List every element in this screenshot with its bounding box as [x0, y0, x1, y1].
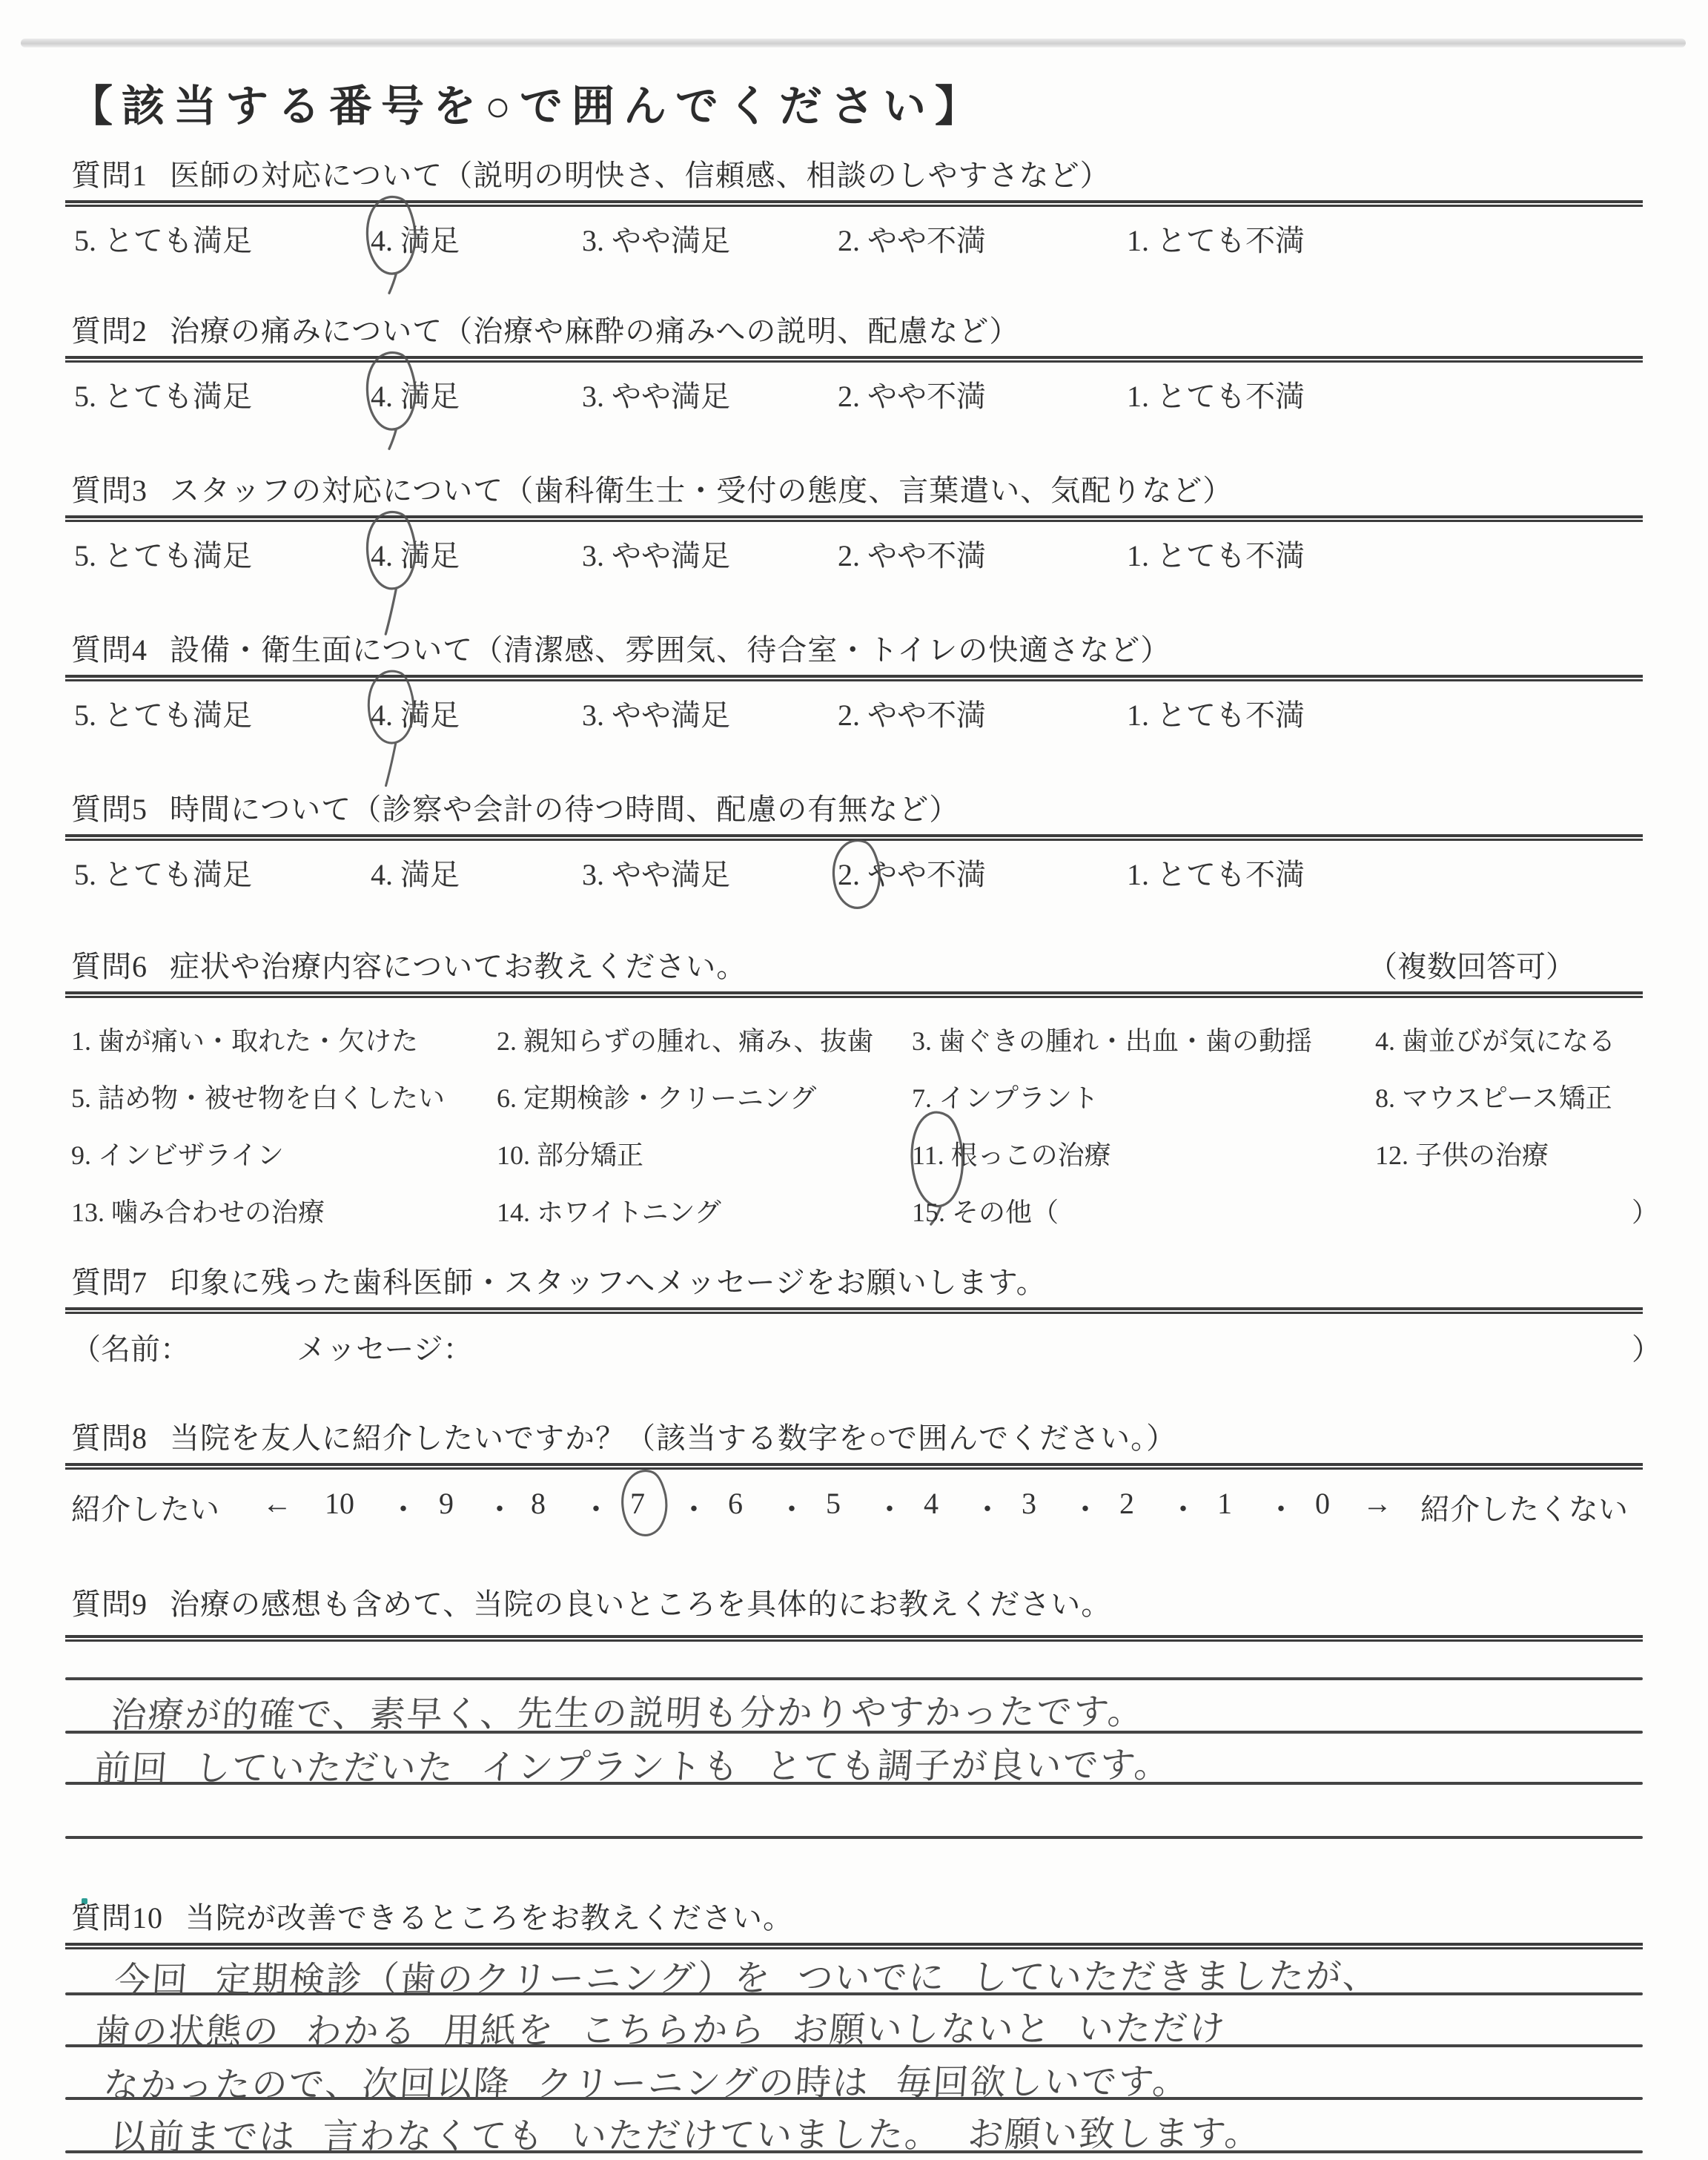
symptom-item-1: 1. 歯が痛い・取れた・欠けた — [71, 1020, 418, 1058]
option-3: 3. やや満足 — [582, 851, 730, 894]
scale-number-9: 9 — [439, 1486, 454, 1521]
handwritten-answer-line: 以前までは 言わなくても いただけていました。 お願い致します。 — [110, 2104, 1264, 2159]
question-2: 質問2治療の痛みについて（治療や麻酔の痛みへの説明、配慮など） 5. とても満足… — [0, 308, 1708, 415]
scale-number-6: 6 — [728, 1486, 743, 1521]
symptom-item-10: 10. 部分矯正 — [497, 1135, 643, 1172]
scale-number-3: 3 — [1022, 1486, 1036, 1521]
symptom-row-1: 1. 歯が痛い・取れた・欠けた 2. 親知らずの腫れ、痛み、抜歯 3. 歯ぐきの… — [71, 1020, 1708, 1053]
option-5: 5. とても満足 — [74, 532, 252, 575]
question-2-text: 治療の痛みについて（治療や麻酔の痛みへの説明、配慮など） — [170, 314, 1019, 348]
symptom-item-14: 14. ホワイトニング — [497, 1192, 721, 1229]
question-7: 質問7印象に残った歯科医師・スタッフへメッセージをお願いします。 （名前： メッ… — [0, 1259, 1708, 1364]
symptom-item-2: 2. 親知らずの腫れ、痛み、抜歯 — [497, 1020, 873, 1058]
symptom-item-4: 4. 歯並びが気になる — [1375, 1020, 1615, 1058]
question-10-number: 質問10 — [71, 1901, 163, 1935]
multiple-answers-note: （複数回答可） — [1368, 943, 1575, 985]
heading-rule — [65, 200, 1643, 207]
question-9-heading: 質問9治療の感想も含めて、当院の良いところを具体的にお教えください。 — [71, 1581, 1708, 1623]
circle-mark-q8 — [614, 1467, 670, 1542]
option-1: 1. とても不満 — [1127, 373, 1305, 415]
question-4-number: 質問4 — [71, 633, 148, 667]
question-5-options: 5. とても満足 4. 満足 3. やや満足 2. やや不満 1. とても不満 — [74, 851, 1708, 893]
circle-mark-q4 — [357, 667, 421, 789]
dot-separator: ・ — [1266, 1486, 1296, 1528]
question-1-number: 質問1 — [71, 159, 148, 192]
symptom-item-15-other: 15. その他（ — [912, 1192, 1059, 1229]
heading-rule — [65, 515, 1643, 522]
symptom-item-5: 5. 詰め物・被せ物を白くしたい — [71, 1077, 445, 1115]
question-8-text: 当院を友人に紹介したいですか？（該当する数字を○で囲んでください。） — [170, 1421, 1176, 1455]
question-3-number: 質問3 — [71, 474, 148, 507]
symptom-item-6: 6. 定期検診・クリーニング — [497, 1077, 816, 1115]
handwritten-answer-line: 今回 定期検診（歯のクリーニング）を ついでに していただきましたが、 — [113, 1947, 1382, 2003]
question-6-number: 質問6 — [71, 950, 148, 983]
symptom-row-4: 13. 噛み合わせの治療 14. ホワイトニング 15. その他（ ） — [71, 1192, 1708, 1224]
symptom-row-2: 5. 詰め物・被せ物を白くしたい 6. 定期検診・クリーニング 7. インプラン… — [71, 1077, 1708, 1110]
scale-number-2: 2 — [1119, 1486, 1134, 1521]
option-4: 4. 満足 — [371, 851, 460, 894]
option-5: 5. とても満足 — [74, 851, 252, 894]
heading-rule — [65, 356, 1643, 363]
scale-number-0: 0 — [1315, 1486, 1330, 1521]
message-field-label: メッセージ： — [297, 1326, 473, 1368]
heading-rule — [65, 1463, 1643, 1470]
question-8-number: 質問8 — [71, 1421, 148, 1455]
question-10-text: 当院が改善できるところをお教えください。 — [185, 1901, 793, 1935]
question-3-heading: 質問3スタッフの対応について（歯科衛生士・受付の態度、言葉遣い、気配りなど） — [71, 467, 1708, 509]
question-2-options: 5. とても満足 4. 満足 3. やや満足 2. やや不満 1. とても不満 — [74, 373, 1708, 415]
option-5: 5. とても満足 — [74, 692, 252, 734]
option-5: 5. とても満足 — [74, 373, 252, 415]
option-2: 2. やや不満 — [838, 373, 986, 415]
heading-rule — [65, 675, 1643, 681]
question-5-heading: 質問5時間について（診察や会計の待つ時間、配慮の有無など） — [71, 786, 1708, 828]
question-7-heading: 質問7印象に残った歯科医師・スタッフへメッセージをお願いします。 — [71, 1259, 1708, 1301]
question-4-options: 5. とても満足 4. 満足 3. やや満足 2. やや不満 1. とても不満 — [74, 692, 1708, 733]
option-2: 2. やや不満 — [838, 532, 986, 575]
symptom-row-3: 9. インビザライン 10. 部分矯正 11. 根っこの治療 12. 子供の治療 — [71, 1135, 1708, 1167]
option-1: 1. とても不満 — [1127, 217, 1305, 260]
circle-mark-q5 — [824, 836, 884, 915]
dot-separator: ・ — [388, 1486, 418, 1528]
question-4-heading: 質問4設備・衛生面について（清潔感、雰囲気、待合室・トイレの快適さなど） — [71, 627, 1708, 669]
arrow-right-icon: → — [1363, 1486, 1392, 1521]
handwritten-answer-line: 歯の状態の わかる 用紙を こちらから お願いしないと いただけ — [93, 1999, 1228, 2054]
question-6-text: 症状や治療内容についてお教えください。 — [170, 950, 747, 983]
heading-rule — [65, 1307, 1643, 1314]
arrow-left-icon: ← — [262, 1486, 292, 1521]
question-1: 質問1医師の対応について（説明の明快さ、信頼感、相談のしやすさなど） 5. とて… — [0, 152, 1708, 259]
question-1-heading: 質問1医師の対応について（説明の明快さ、信頼感、相談のしやすさなど） — [71, 152, 1708, 194]
question-8-heading: 質問8当院を友人に紹介したいですか？（該当する数字を○で囲んでください。） — [71, 1415, 1708, 1457]
dot-separator: ・ — [875, 1486, 904, 1528]
scale-number-4: 4 — [924, 1486, 939, 1521]
question-3: 質問3スタッフの対応について（歯科衛生士・受付の態度、言葉遣い、気配りなど） 5… — [0, 467, 1708, 574]
scale-number-8: 8 — [531, 1486, 546, 1521]
dot-separator: ・ — [973, 1486, 1002, 1528]
option-3: 3. やや満足 — [582, 373, 730, 415]
question-9-number: 質問9 — [71, 1588, 148, 1621]
circle-mark-q3 — [357, 507, 421, 638]
name-field-label: （名前： — [71, 1326, 190, 1368]
question-1-options: 5. とても満足 4. 満足 3. やや満足 2. やや不満 1. とても不満 — [74, 217, 1708, 259]
scale-left-label: 紹介したい — [71, 1486, 219, 1528]
question-10: 質問10当院が改善できるところをお教えください。 今回 定期検診（歯のクリーニン… — [0, 1895, 1708, 2160]
option-2: 2. やや不満 — [838, 217, 986, 260]
scan-artifact-line — [21, 39, 1686, 47]
message-entry-row: （名前： メッセージ： ） — [71, 1326, 1708, 1364]
handwritten-answer-line: 前回 していただいた インプラントも とても調子が良いです。 — [93, 1736, 1174, 1791]
dot-separator: ・ — [679, 1486, 709, 1528]
option-2: 2. やや不満 — [838, 692, 986, 734]
heading-rule — [65, 1635, 1643, 1642]
question-5-text: 時間について（診察や会計の待つ時間、配慮の有無など） — [170, 793, 959, 826]
question-6: 質問6症状や治療内容についてお教えください。 （複数回答可） 1. 歯が痛い・取… — [0, 943, 1708, 1224]
heading-rule — [65, 991, 1643, 998]
scale-number-5: 5 — [826, 1486, 841, 1521]
option-3: 3. やや満足 — [582, 692, 730, 734]
question-5: 質問5時間について（診察や会計の待つ時間、配慮の有無など） 5. とても満足 4… — [0, 786, 1708, 893]
nps-scale-row: 紹介したい ← 10 ・ 9 ・ 8 ・ 7 ・ 6 ・ 5 ・ 4 ・ 3 ・… — [71, 1486, 1708, 1529]
symptom-item-12: 12. 子供の治療 — [1375, 1135, 1549, 1172]
question-1-text: 医師の対応について（説明の明快さ、信頼感、相談のしやすさなど） — [170, 159, 1110, 192]
handwritten-answer-line: なかったので、次回以降 クリーニングの時は 毎回欲しいです。 — [102, 2052, 1192, 2107]
question-9-text: 治療の感想も含めて、当院の良いところを具体的にお教えください。 — [170, 1588, 1111, 1621]
answer-rule — [65, 1836, 1643, 1839]
other-close-paren: ） — [1632, 1192, 1658, 1229]
symptom-item-8: 8. マウスピース矯正 — [1375, 1077, 1612, 1115]
question-2-number: 質問2 — [71, 314, 148, 348]
question-4: 質問4設備・衛生面について（清潔感、雰囲気、待合室・トイレの快適さなど） 5. … — [0, 627, 1708, 733]
symptom-item-9: 9. インビザライン — [71, 1135, 284, 1172]
scale-right-label: 紹介したくない — [1420, 1486, 1628, 1528]
dental-survey-scan: 【該当する番号を○で囲んでください】 質問1医師の対応について（説明の明快さ、信… — [0, 0, 1708, 2160]
question-10-heading: 質問10当院が改善できるところをお教えください。 — [71, 1895, 1708, 1937]
question-7-number: 質問7 — [71, 1266, 148, 1299]
answer-rule — [65, 1677, 1643, 1680]
circle-mark-q1 — [357, 192, 421, 298]
dot-separator: ・ — [1070, 1486, 1100, 1528]
question-4-text: 設備・衛生面について（清潔感、雰囲気、待合室・トイレの快適さなど） — [170, 633, 1171, 667]
question-2-heading: 質問2治療の痛みについて（治療や麻酔の痛みへの説明、配慮など） — [71, 308, 1708, 350]
option-1: 1. とても不満 — [1127, 851, 1305, 894]
dot-separator: ・ — [777, 1486, 807, 1528]
scale-number-1: 1 — [1217, 1486, 1232, 1521]
dot-separator: ・ — [485, 1486, 514, 1528]
option-1: 1. とても不満 — [1127, 692, 1305, 734]
question-5-number: 質問5 — [71, 793, 148, 826]
dot-separator: ・ — [1168, 1486, 1198, 1528]
question-7-text: 印象に残った歯科医師・スタッフへメッセージをお願いします。 — [170, 1266, 1047, 1299]
option-5: 5. とても満足 — [74, 217, 252, 260]
question-9: 質問9治療の感想も含めて、当院の良いところを具体的にお教えください。 治療が的確… — [0, 1581, 1708, 1848]
close-paren: ） — [1632, 1326, 1661, 1368]
option-3: 3. やや満足 — [582, 217, 730, 260]
dot-separator: ・ — [581, 1486, 611, 1528]
page-title: 【該当する番号を○で囲んでください】 — [70, 71, 987, 133]
option-3: 3. やや満足 — [582, 532, 730, 575]
handwritten-answer-line: 治療が的確で、素早く、先生の説明も分かりやすかったです。 — [110, 1683, 1147, 1738]
question-3-options: 5. とても満足 4. 満足 3. やや満足 2. やや不満 1. とても不満 — [74, 532, 1708, 574]
symptom-item-3: 3. 歯ぐきの腫れ・出血・歯の動揺 — [912, 1020, 1312, 1058]
question-8: 質問8当院を友人に紹介したいですか？（該当する数字を○で囲んでください。） 紹介… — [0, 1415, 1708, 1529]
option-1: 1. とても不満 — [1127, 532, 1305, 575]
circle-mark-q2 — [357, 348, 421, 454]
symptom-item-13: 13. 噛み合わせの治療 — [71, 1192, 325, 1229]
scale-number-10: 10 — [325, 1486, 354, 1521]
question-3-text: スタッフの対応について（歯科衛生士・受付の態度、言葉遣い、気配りなど） — [170, 474, 1233, 507]
